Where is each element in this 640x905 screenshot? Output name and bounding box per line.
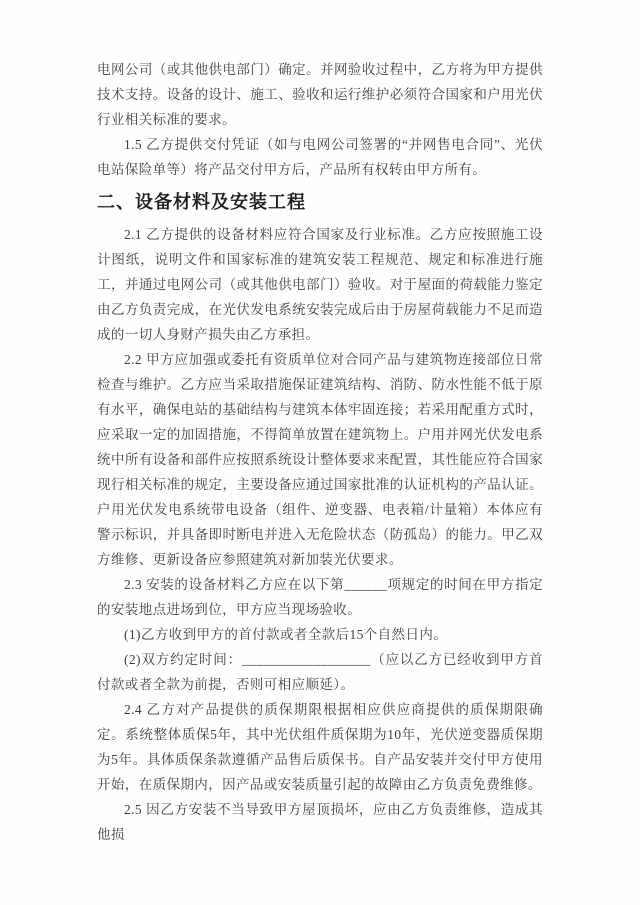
paragraph-clause-1-5: 1.5 乙方提供交付凭证（如与电网公司签署的“并网售电合同”、光伏电站保险单等）… [97,132,543,182]
paragraph-clause-2-2: 2.2 甲方应加强或委托有资质单位对合同产品与建筑物连接部位日常检查与维护。乙方… [97,347,543,572]
section-heading-equipment-and-installation: 二、设备材料及安装工程 [97,189,543,216]
paragraph-clause-2-1: 2.1 乙方提供的设备材料应符合国家及行业标准。乙方应按照施工设计图纸，说明文件… [97,222,543,347]
paragraph-clause-2-3-item-2: (2)双方约定时间：__________________（应以乙方已经收到甲方首… [97,647,543,697]
paragraph-continuation-grid-acceptance: 电网公司（或其他供电部门）确定。并网验收过程中，乙方将为甲方提供技术支持。设备的… [97,57,543,132]
contract-document-page: 电网公司（或其他供电部门）确定。并网验收过程中，乙方将为甲方提供技术支持。设备的… [0,0,640,905]
paragraph-clause-2-4: 2.4 乙方对产品提供的质保期限根据相应供应商提供的质保期限确定。系统整体质保5… [97,697,543,797]
paragraph-clause-2-3-item-1: (1)乙方收到甲方的首付款或者全款后15个自然日内。 [97,622,543,647]
paragraph-clause-2-3: 2.3 安装的设备材料乙方应在以下第______项规定的时间在甲方指定的安装地点… [97,572,543,622]
paragraph-clause-2-5-truncated: 2.5 因乙方安装不当导致甲方屋顶损坏，应由乙方负责维修，造成其他损 [97,797,543,847]
